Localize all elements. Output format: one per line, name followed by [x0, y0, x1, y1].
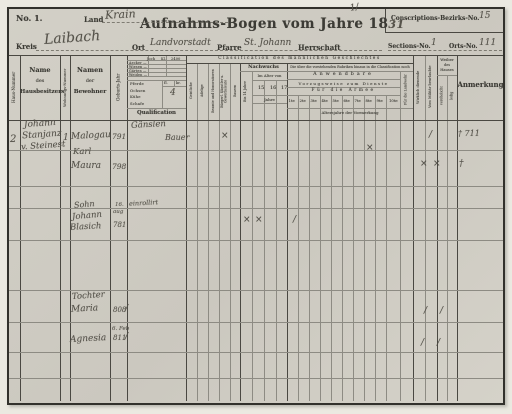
col-small-3: Bürgerl. Künstler u. Gewerbsleute — [219, 64, 230, 118]
tally-mark: × — [433, 159, 441, 169]
weiber-ledig: ledig — [447, 76, 457, 116]
entry-qual-name: Gänslen — [131, 119, 166, 131]
col-bewohner-3: Bewohner — [70, 89, 110, 95]
sheet-number: No. 1. — [16, 13, 42, 23]
tally-mark: / — [293, 215, 296, 225]
grid-line — [309, 95, 310, 401]
form-title: Aufnahms-Bogen vom Jahre 1831 — [140, 16, 370, 32]
tally-mark: † — [459, 159, 464, 169]
grid-line — [9, 240, 503, 241]
land-label: Land — [84, 15, 103, 24]
form-title-printed: Aufnahms-Bogen vom Jahre 18 — [140, 16, 388, 32]
classification-band-title: Classification des männlichen Geschlecht… — [186, 56, 413, 61]
entry-partei-no: 1 — [63, 133, 69, 143]
pfarre-value-handwritten: St. Johann — [244, 38, 291, 48]
class-number: 4te — [322, 98, 328, 103]
col-geburtsjahr: Geburts-Jahr — [110, 56, 127, 119]
col-besitzer-3: Hausbesitzers — [20, 89, 60, 95]
entry-group2-date2: aug — [113, 209, 123, 215]
scanned-census-sheet: No. 1. Land Krain 1/ Aufnahms-Bogen vom … — [0, 0, 512, 414]
besitz-vieh-row: Kühe — [130, 94, 141, 99]
tally-mark: / — [437, 338, 440, 348]
class-number: 2te — [300, 98, 306, 103]
entry-anmerkung-1: † 711 — [458, 129, 480, 138]
tally-mark: × — [420, 159, 428, 169]
conscription-district-label: Conscriptions-Bezirks-No. — [391, 15, 479, 22]
besitz-vieh-head: kr. — [176, 81, 181, 85]
class-number: 5te — [333, 98, 339, 103]
grid-line — [9, 120, 503, 121]
tally-mark: × — [243, 215, 251, 225]
class-number: 9te — [377, 98, 383, 103]
nachwuchs-year: 17 — [281, 85, 287, 91]
grid-line — [375, 95, 376, 401]
col-bewohner-2: der — [70, 78, 110, 84]
classification-line3: Vorzugsweise zum Dienste — [287, 81, 400, 86]
grid-line — [9, 322, 503, 323]
orts-value: 111 — [479, 38, 496, 48]
grid-line — [287, 95, 400, 96]
nachwuchs-title: Nachwuchs — [240, 64, 287, 70]
besitz-vieh-head: fl. — [164, 81, 168, 85]
col-qualification: Qualification — [127, 110, 186, 116]
col-wohnpartei: Wohnungs-Nummer — [60, 56, 70, 119]
writing-baseline — [102, 22, 228, 23]
nachwuchs-year: 15 — [258, 85, 264, 91]
classification-line2: Anwendbare — [287, 72, 400, 77]
tally-mark: × — [366, 143, 374, 153]
entry-qual-beruf: Bauer — [165, 133, 189, 142]
col-small-2: Beamte und Honoratioren — [208, 64, 219, 118]
writing-baseline — [388, 50, 502, 51]
grid-line — [342, 95, 343, 401]
entry-group2-date1: 16. — [115, 202, 124, 208]
besitz-grund-row: Weiden — — [129, 73, 147, 77]
class-number: 1te — [289, 98, 295, 103]
nachwuchs-bis14: Bis 14 Jahre — [240, 72, 252, 112]
entry-group2-surname: Blasich — [70, 221, 102, 233]
col-dienende: Wirklich dienende — [413, 56, 425, 118]
orts-label: Orts-No. — [449, 43, 478, 50]
entry-group4-name: Agnesia — [70, 333, 107, 345]
nachwuchs-jahre: Jahre — [252, 97, 287, 102]
grid-line — [287, 108, 413, 109]
weiber-l1: Weiber — [437, 57, 457, 62]
classification-line1: Die über die vorstehenden Rubriken hinau… — [288, 65, 412, 69]
nachwuchs-alter: Im Alter von — [252, 73, 287, 78]
col-besitzer-1: Name — [20, 66, 60, 74]
tally-mark: / — [125, 304, 128, 314]
entry-group2-note: einrollirt — [129, 198, 158, 208]
grid-line — [9, 378, 503, 379]
entry-resident2-name: Karl — [73, 147, 91, 157]
grid-line — [20, 55, 21, 401]
grid-line — [386, 95, 387, 401]
besitz-vieh-row: Ochsen — [130, 88, 146, 93]
entry-resident3-year: 798 — [112, 162, 126, 171]
grid-line — [127, 55, 128, 401]
tally-mark: / — [424, 306, 427, 316]
tally-mark: / — [429, 130, 432, 140]
stray-pen-mark: 1/ — [349, 2, 359, 13]
grid-line — [252, 103, 287, 104]
ort-value-handwritten: Landvorstadt — [150, 38, 211, 48]
nachwuchs-year: 16 — [270, 85, 276, 91]
col-beurlaubte: Vom Militär beurlaubte — [425, 56, 437, 118]
grid-line — [385, 32, 503, 33]
col-small-1: Adelige — [197, 64, 208, 118]
weiber-l3: Hauses — [437, 68, 457, 72]
grid-line — [320, 95, 321, 401]
col-haus-nummer: Haus-Nummer — [8, 56, 20, 119]
weiber-verehelicht: verehelicht — [437, 76, 447, 116]
conscription-district-value: 15 — [479, 11, 490, 21]
weiber-l2: des — [437, 63, 457, 67]
classification-line4: Für die Armee — [287, 88, 400, 93]
tally-mark: × — [221, 131, 229, 141]
besitz-head: Joch — [147, 57, 155, 61]
classification-footer: Altersjahre der Vormerkung — [287, 110, 413, 115]
entry-resident1-year: 791 — [112, 132, 126, 141]
grid-line — [298, 95, 299, 401]
entry-qual-value: 4 — [170, 88, 176, 98]
grid-line — [252, 80, 287, 81]
sections-label: Sections-No. — [388, 43, 431, 50]
grid-line — [127, 108, 186, 109]
class-number: 3te — [311, 98, 317, 103]
col-landwehr: Für die Landwehr — [400, 72, 413, 108]
besitz-head: 2400 — [171, 57, 180, 61]
col-anmerkung: Anmerkung — [457, 80, 504, 89]
tally-mark: / — [421, 338, 424, 348]
grid-line — [162, 80, 163, 108]
class-number: 7te — [355, 98, 361, 103]
grid-line — [9, 352, 503, 353]
tally-mark: × — [255, 215, 263, 225]
kreis-label: Kreis — [16, 42, 37, 51]
entry-group2-year: 781 — [113, 221, 126, 229]
class-number: 8te — [366, 98, 372, 103]
class-number: 10te — [389, 98, 398, 103]
entry-resident3-name: Maura — [71, 161, 101, 171]
entry-group2-relation: Sohn — [74, 199, 95, 210]
besitz-head: Kl. — [161, 57, 166, 61]
grid-line — [162, 86, 186, 87]
class-number: 6te — [344, 98, 350, 103]
tally-mark: / — [440, 306, 443, 316]
col-small-4: Bauern — [230, 64, 241, 118]
entry-group3-name: Maria — [71, 303, 99, 314]
grid-line — [9, 186, 503, 187]
besitz-vieh-row: Pferde — [130, 81, 144, 86]
entry-resident1-name: Malogau — [71, 130, 111, 142]
grid-line — [331, 95, 332, 401]
col-besitzer-2: des — [20, 78, 60, 84]
entry-haus-nr: 2 — [10, 134, 16, 145]
grid-line — [364, 95, 365, 401]
besitz-vieh-row: Schafe — [130, 101, 144, 106]
sections-value: 1 — [431, 38, 437, 48]
grid-line — [353, 95, 354, 401]
tally-mark: / — [125, 332, 128, 342]
writing-baseline — [36, 50, 382, 51]
col-bewohner-1: Namen — [70, 66, 110, 74]
col-small-0: Geistliche — [186, 64, 197, 118]
grid-line — [457, 55, 458, 401]
land-value-handwritten: Krain — [105, 7, 136, 22]
